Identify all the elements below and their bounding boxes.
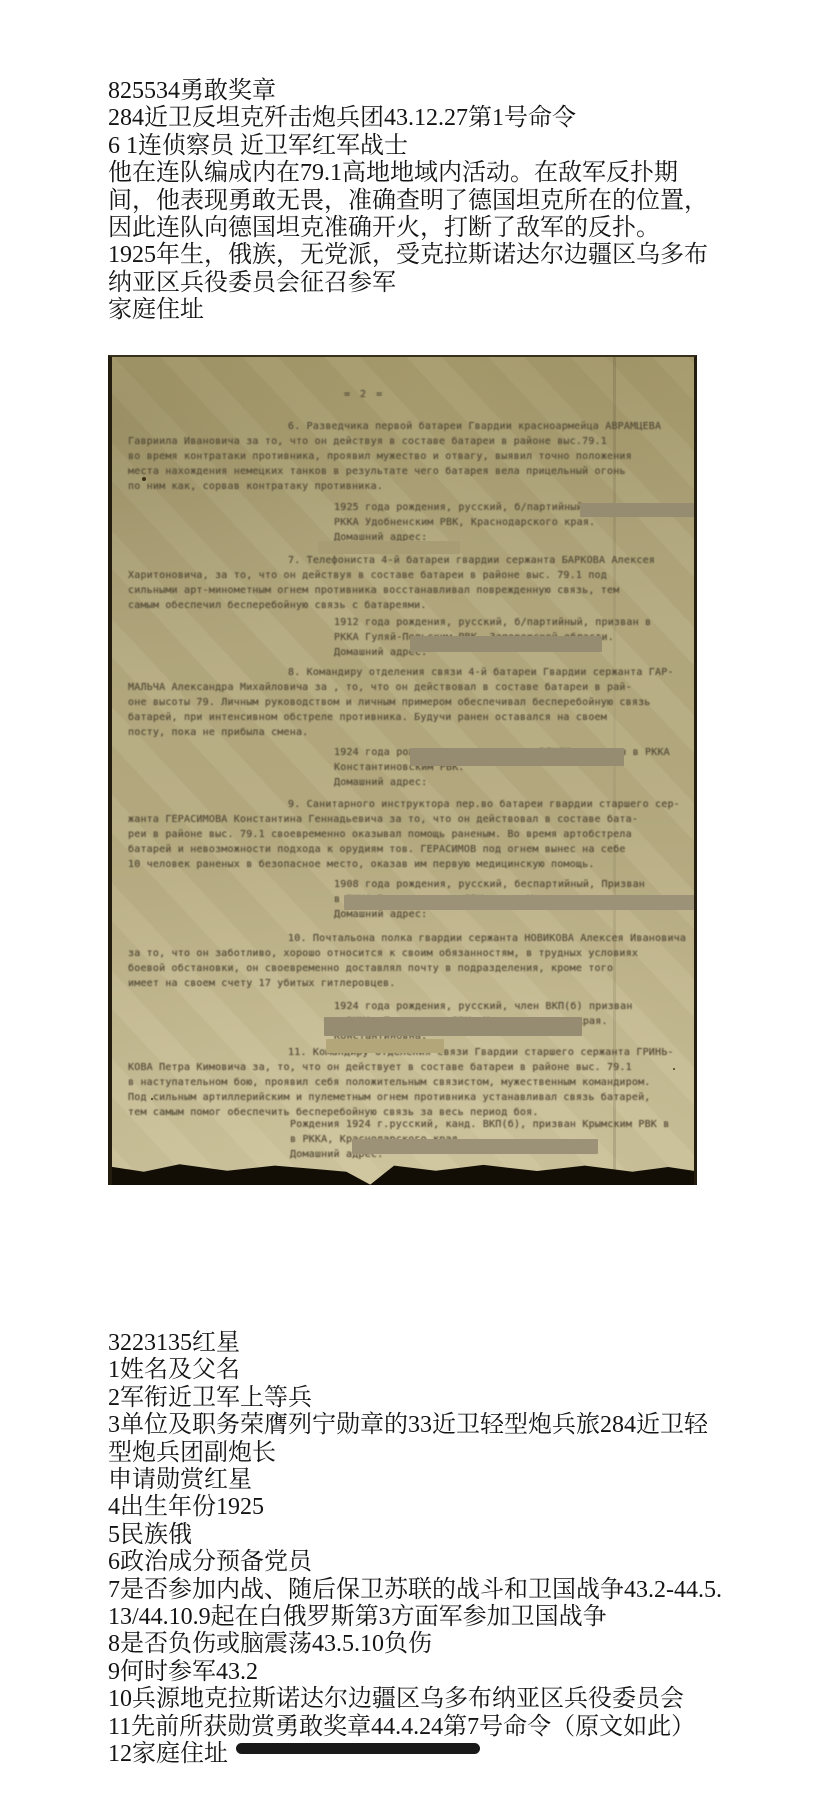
scan-redaction-bar [580, 503, 694, 517]
scan-para-block: 7. Телефониста 4-й батареи гвардии сержа… [128, 553, 684, 613]
bottom-text-line: 2军衔近卫军上等兵 [108, 1385, 724, 1412]
bottom-text-line: 11先前所获勋赏勇敢奖章44.4.24第7号命令（原文如此） [108, 1714, 724, 1741]
top-text-line: 6 1连侦察员 近卫军红军战士 [108, 133, 724, 160]
bottom-text-line: 9何时参军43.2 [108, 1659, 724, 1686]
scan-redaction-bar [410, 636, 602, 652]
bottom-text-line: 3223135红星 [108, 1330, 724, 1357]
home-address-label: 12家庭住址 [108, 1741, 228, 1767]
bottom-text-line: 6政治成分预备党员 [108, 1549, 724, 1576]
scanned-document-image: = 2 =6. Разведчика первой батареи Гварди… [108, 355, 697, 1185]
scan-redaction-bar [326, 1039, 444, 1053]
bottom-text-line: 1姓名及父名 [108, 1357, 724, 1384]
top-text-line: 他在连队编成内在79.1高地地域内活动。在敌军反扑期间，他表现勇敢无畏，准确查明… [108, 160, 724, 242]
bottom-text-line: 3单位及职务荣膺列宁勋章的33近卫轻型炮兵旅284近卫轻型炮兵团副炮长 [108, 1412, 724, 1467]
scan-para-block: 6. Разведчика первой батареи Гвардии кра… [128, 419, 684, 494]
bottom-text-line: 7是否参加内战、随后保卫苏联的战斗和卫国战争43.2-44.5.13/44.10… [108, 1577, 724, 1632]
top-text-line: 284近卫反坦克歼击炮兵团43.12.27第1号命令 [108, 105, 724, 132]
bottom-text-line: 8是否负伤或脑震荡43.5.10负伤 [108, 1631, 724, 1658]
scan-pagenum-block: = 2 = [112, 387, 694, 402]
top-text-block: 825534勇敢奖章284近卫反坦克歼击炮兵团43.12.27第1号命令6 1连… [108, 78, 724, 325]
top-text-line: 1925年生，俄族，无党派，受克拉斯诺达尔边疆区乌多布纳亚区兵役委员会征召参军 [108, 242, 724, 297]
bottom-text-line: 5民族俄 [108, 1522, 724, 1549]
scan-para-block: 9. Санитарного инструктора пер.во батаре… [128, 797, 684, 872]
scan-redaction-bar [324, 1017, 582, 1036]
bottom-text-line: 4出生年份1925 [108, 1494, 724, 1521]
address-redaction-bar [236, 1743, 480, 1754]
scan-para-block: 8. Командиру отделения связи 4-й батареи… [128, 665, 684, 740]
page: { "page": { "background": "#ffffff", "te… [0, 0, 828, 1800]
scan-redaction-bar [352, 1139, 598, 1154]
bottom-text-line: 10兵源地克拉斯诺达尔边疆区乌多布纳亚区兵役委员会 [108, 1686, 724, 1713]
bottom-text-block: 3223135红星1姓名及父名2军衔近卫军上等兵3单位及职务荣膺列宁勋章的33近… [108, 1330, 724, 1769]
scan-redaction-bar [318, 541, 460, 554]
scan-para-block: 10. Почтальона полка гвардии сержанта НО… [128, 931, 684, 991]
bottom-text-line-home-address: 12家庭住址 [108, 1741, 724, 1768]
scan-redaction-bar [344, 895, 696, 910]
scan-para-block: 11. Командиру отделения связи Гвардии ст… [128, 1045, 684, 1120]
bottom-text-line: 申请勋赏红星 [108, 1467, 724, 1494]
top-text-line: 家庭住址 [108, 297, 724, 324]
top-text-line: 825534勇敢奖章 [108, 78, 724, 105]
scan-redaction-bar [410, 748, 624, 766]
